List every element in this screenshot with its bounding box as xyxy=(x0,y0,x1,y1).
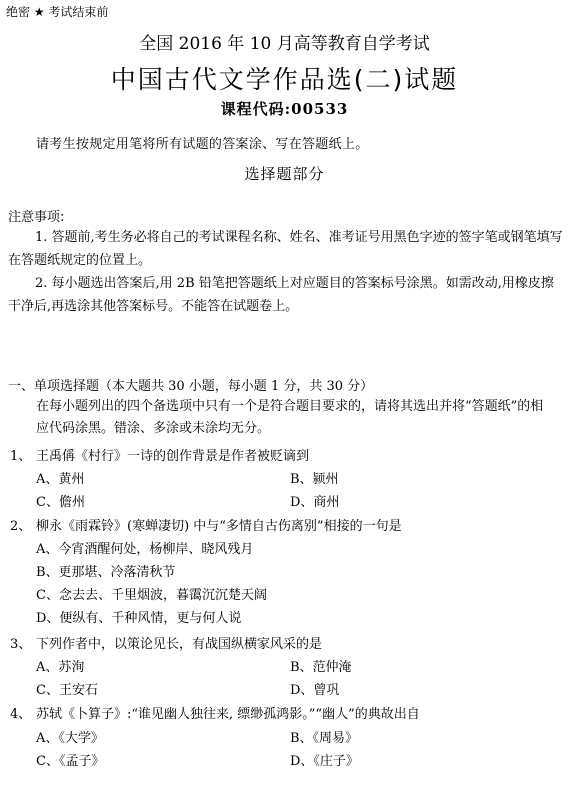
notice-item-1-text: 1. 答题前,考生务必将自己的考试课程名称、姓名、准考证号用黑色字迹的签字笔或钢… xyxy=(8,230,563,268)
page-title: 中国古代文学作品选(二)试题 xyxy=(0,60,569,96)
question-number: 3、 xyxy=(10,633,31,652)
notice-item-2: 2. 每小题选出答案后,用 2B 铅笔把答题纸上对应题目的答案标号涂黑。如需改动… xyxy=(8,272,563,318)
option-a: A、《大学》 xyxy=(36,727,104,746)
exam-session-line: 全国 2016 年 10 月高等教育自学考试 xyxy=(0,29,569,54)
notice-item-2-text: 2. 每小题选出答案后,用 2B 铅笔把答题纸上对应题目的答案标号涂黑。如需改动… xyxy=(8,276,554,314)
option-a: A、苏洵 xyxy=(36,656,84,675)
option-d: D、便纵有、千种风情，更与何人说 xyxy=(36,607,241,626)
question-number: 2、 xyxy=(10,515,31,534)
option-c: C、念去去、千里烟波，暮霭沉沉楚天阔 xyxy=(36,584,267,603)
question-number: 4、 xyxy=(10,703,31,722)
section-heading: 选择题部分 xyxy=(0,163,569,184)
question-text: 下列作者中，以策论见长，有战国纵横家风采的是 xyxy=(36,633,322,652)
option-c: C、儋州 xyxy=(36,491,85,510)
question-section-description: 在每小题列出的四个备选项中只有一个是符合题目要求的，请将其选出并将“答题纸”的相… xyxy=(36,396,556,440)
notice-item-1: 1. 答题前,考生务必将自己的考试课程名称、姓名、准考证号用黑色字迹的签字笔或钢… xyxy=(8,226,563,272)
question-text: 王禹偁《村行》一诗的创作背景是作者被贬谪到 xyxy=(36,445,309,464)
option-d: D、曾巩 xyxy=(290,679,339,698)
option-c: C、王安石 xyxy=(36,679,98,698)
confidentiality-label: 绝密 ★ 考试结束前 xyxy=(6,3,108,20)
question-section-title: 一、单项选择题（本大题共 30 小题，每小题 1 分，共 30 分） xyxy=(8,375,373,394)
option-a: A、今宵酒醒何处，杨柳岸、晓风残月 xyxy=(36,538,253,557)
general-instruction: 请考生按规定用笔将所有试题的答案涂、写在答题纸上。 xyxy=(36,133,369,152)
course-code: 课程代码:00533 xyxy=(0,98,569,119)
notice-heading: 注意事项: xyxy=(8,206,64,225)
option-c: C、《孟子》 xyxy=(36,750,104,769)
option-b: B、范仲淹 xyxy=(290,656,352,675)
option-d: D、《庄子》 xyxy=(290,750,359,769)
option-b: B、颍州 xyxy=(290,468,339,487)
question-text: 苏轼《卜算子》:“谁见幽人独往来, 缥缈孤鸿影。”“幽人”的典故出自 xyxy=(36,703,420,722)
question-text: 柳永《雨霖铃》(寒蝉凄切) 中与“多情自古伤离别”相接的一句是 xyxy=(36,515,402,534)
option-d: D、商州 xyxy=(290,491,339,510)
option-b: B、更那堪、冷落清秋节 xyxy=(36,561,176,580)
option-b: B、《周易》 xyxy=(290,727,358,746)
question-number: 1、 xyxy=(10,445,31,464)
option-a: A、黄州 xyxy=(36,468,84,487)
